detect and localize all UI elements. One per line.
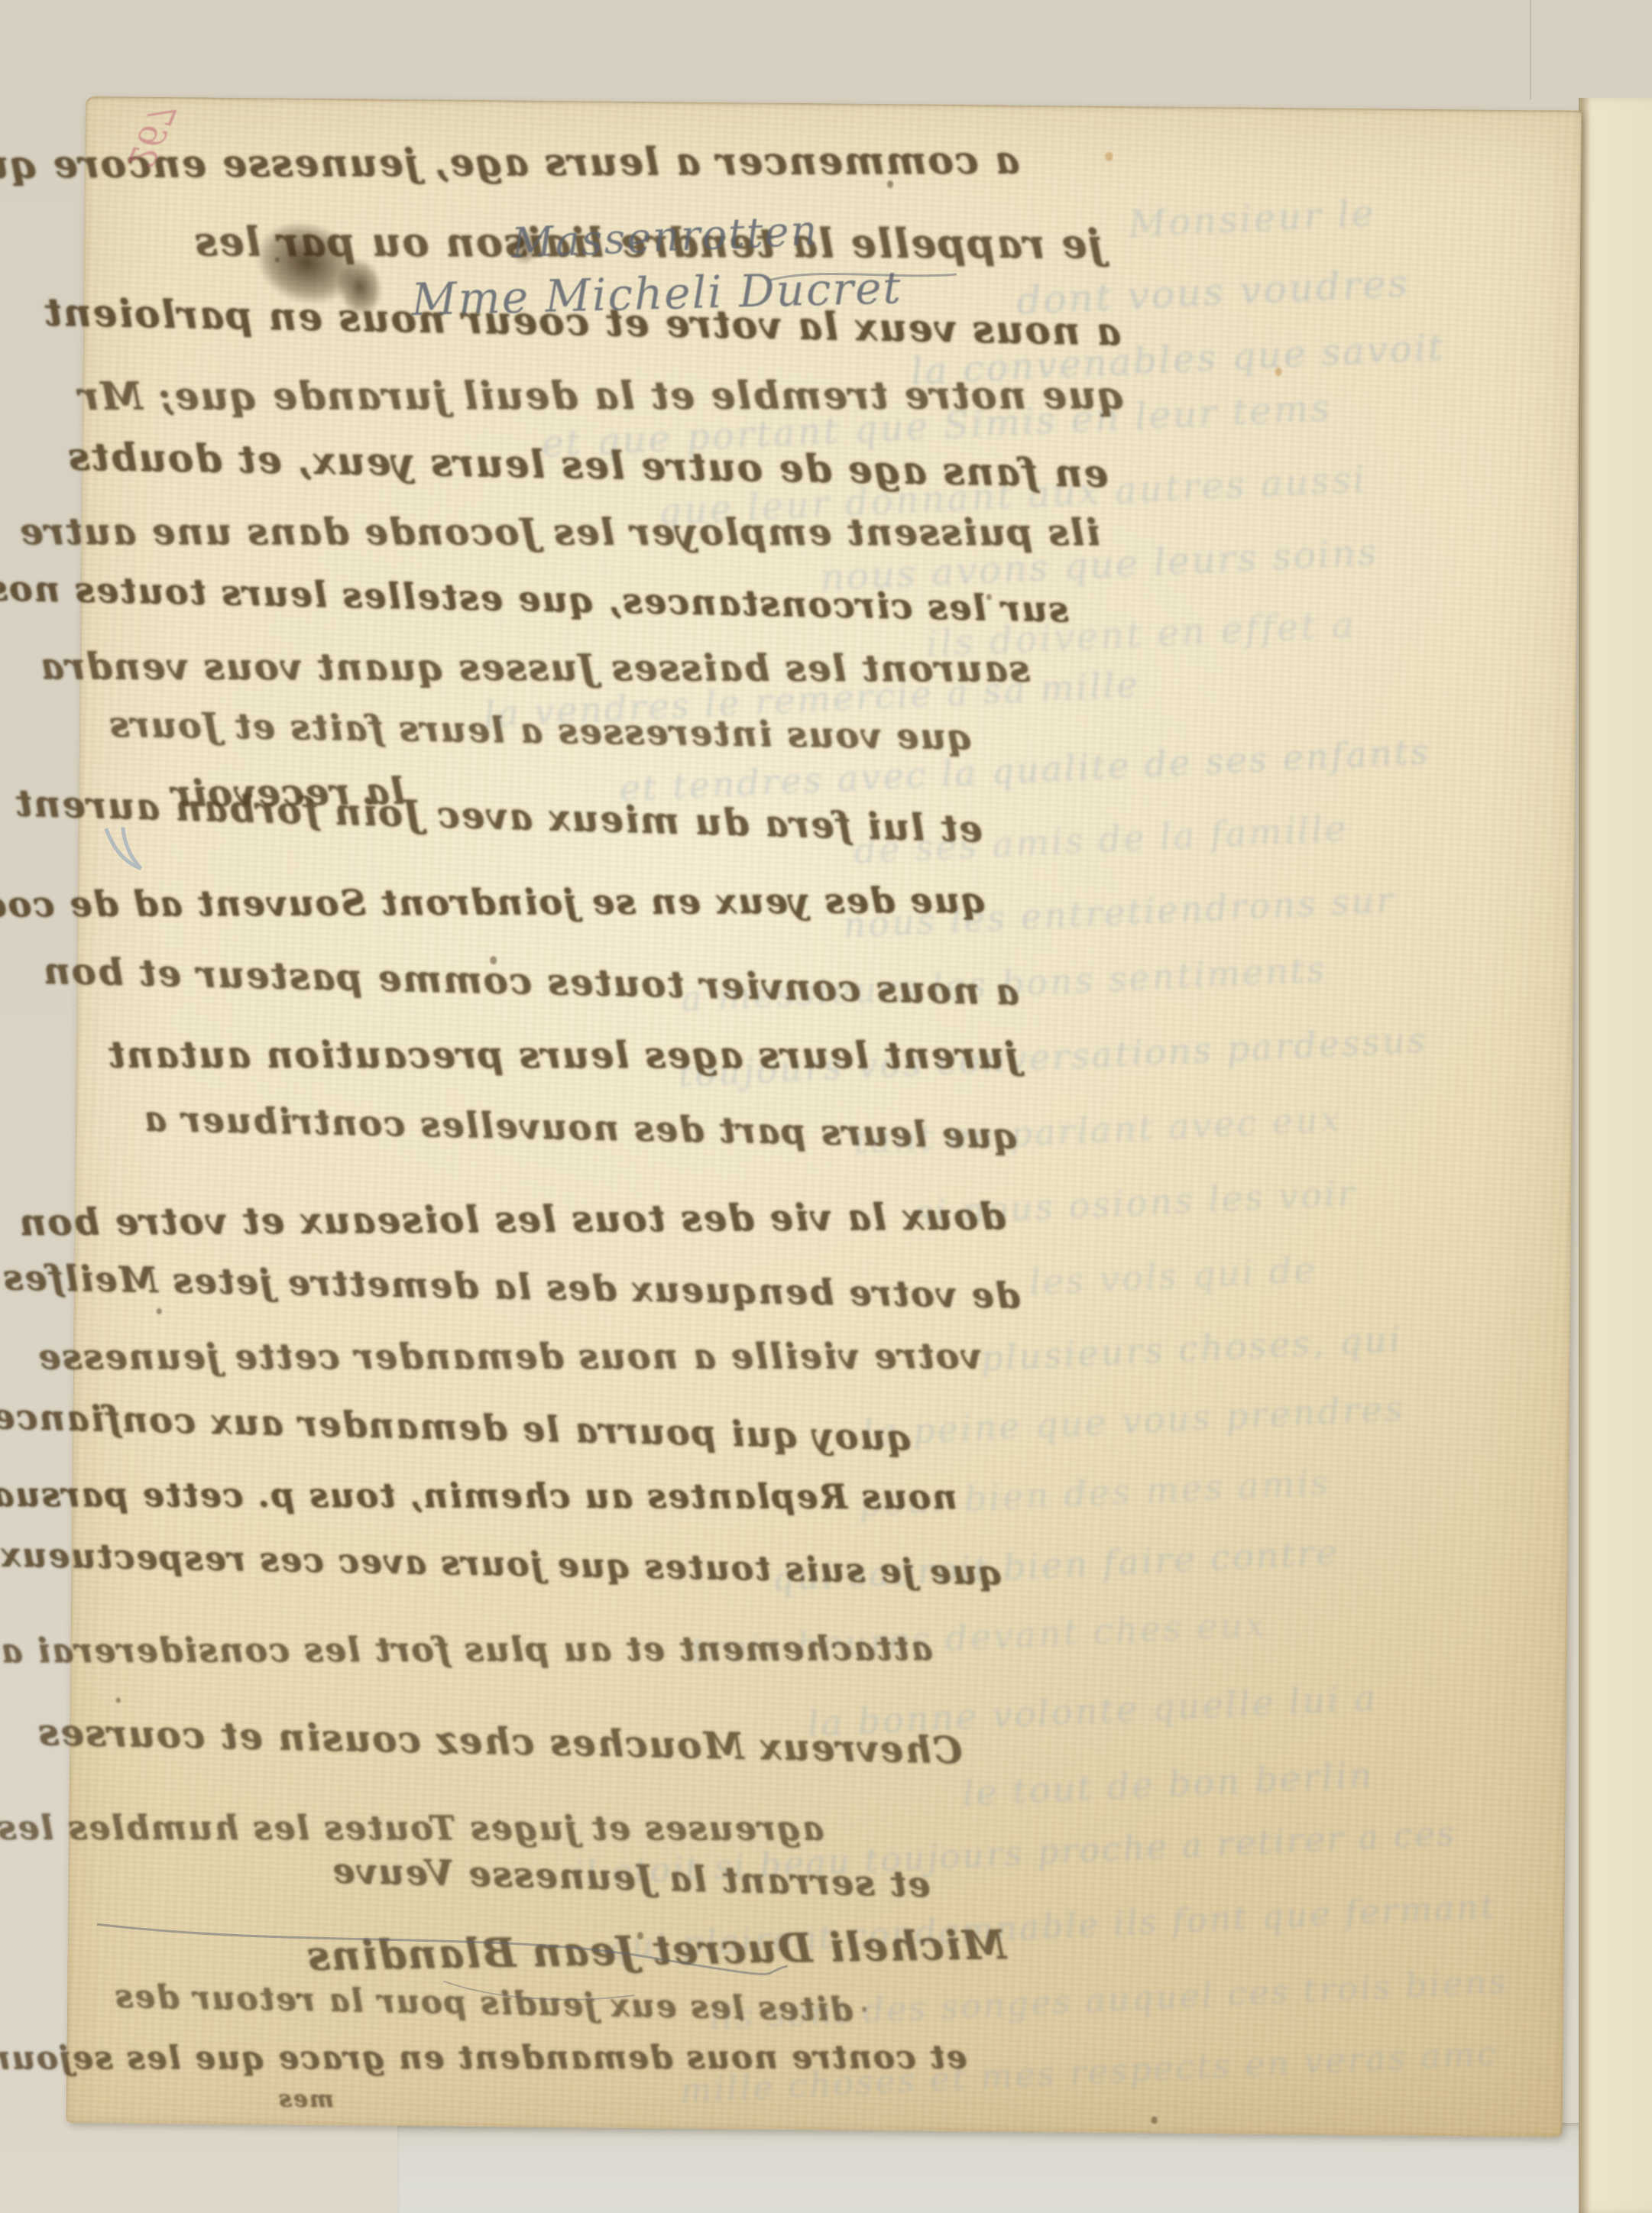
ink-bleedthrough-line: nous Replantes au chemin, tous p. cette …: [128, 1479, 957, 1515]
showthrough-line: la peine que vous prendres: [713, 1384, 1554, 1458]
showthrough-line: qui plairont condamnable ils font que fe…: [517, 1886, 1588, 1969]
paper-speck: [986, 594, 992, 600]
paper-speckle-layer: [66, 96, 1582, 2137]
showthrough-line: plusieurs choses, qui: [828, 1314, 1555, 1383]
showthrough-line: le tout de bon berlin: [747, 1747, 1589, 1821]
ink-bleedthrough-line: doux la vie des tous les loiseaux et vot…: [108, 1198, 1006, 1240]
paper-speck: [1152, 2117, 1158, 2124]
under-sheet: [397, 2123, 1586, 2213]
ink-bleedthrough-line: a commencer a leurs age, jeunesse encore…: [148, 141, 1019, 183]
ink-bleedthrough-line: la recevoir: [150, 773, 426, 813]
showthrough-line: nous avons que leurs soins: [630, 525, 1570, 605]
paper-speck: [1275, 368, 1282, 376]
ink-bleedthrough-line: mes: [264, 2088, 348, 2111]
showthrough-line: ils doivent en effet a: [721, 597, 1562, 672]
ink-bleedthrough-line: Micheli Ducret Jean Blandins: [555, 1926, 1006, 1973]
pencil-annotation-line1: Massenrotten: [419, 206, 910, 268]
paper-speck: [497, 1819, 500, 1824]
folio-number: 267: [107, 91, 197, 181]
ink-bleedthrough-line: de votre benqueux des la demettre jetes …: [134, 1262, 1021, 1314]
paper-speck: [887, 180, 893, 188]
showthrough-line: et tendres avec la qualite de ses enfant…: [490, 728, 1560, 813]
paper-speck: [740, 2017, 743, 2021]
showthrough-line: trois heures devant ches eux: [443, 1595, 1514, 1680]
pencil-annotation-line2: Mme Micheli Ducret: [313, 263, 1001, 325]
paper-speck: [157, 1308, 162, 1314]
showthrough-text-layer: Monsieur ledont vous voudresla convenabl…: [66, 96, 1582, 2137]
paper-speck: [296, 1994, 300, 1998]
ink-bleedthrough-line: et lui fera du mieux avec Join forban au…: [150, 789, 983, 847]
showthrough-line: la convenables que savoit: [799, 324, 1556, 396]
ink-bleedthrough-line: et contre nous demandent en grace que le…: [118, 2041, 967, 2074]
mat-crease: [1530, 0, 1531, 99]
paper-speck: [490, 956, 497, 964]
showthrough-line: et que portant que Simis en leur tems: [326, 380, 1549, 473]
ink-bleedthrough-line: en fans age de outre les leurs yeux, et …: [153, 439, 1109, 494]
ink-bleedthrough-line: que des yeux en se joindront Souvent ad …: [172, 883, 986, 922]
showthrough-line: si nous osions les voir: [715, 1166, 1556, 1240]
paper-speck: [1105, 152, 1113, 161]
ink-bleedthrough-line: et serrant la Jeunesse Veuve: [433, 1855, 931, 1902]
showthrough-line: il etoit si beau toujours proche a retir…: [442, 1811, 1588, 1897]
pencil-stroke-bottom: [96, 1924, 788, 1974]
ink-bleedthrough-line: a nous convier toutes comme pasteur et b…: [148, 955, 1020, 1011]
ink-bleedthrough-line: que notre tremble et la deuil jurande qu…: [161, 376, 1124, 415]
ink-bleedthrough-line: que leurs part des nouvelles contribuer …: [147, 1101, 1019, 1154]
ink-bleedthrough-line: jurent leurs ages leurs precaution autan…: [147, 1037, 1019, 1074]
showthrough-line: la bonne volonte quelle lui a: [595, 1670, 1589, 1751]
showthrough-line: de ses amis de la famille: [642, 801, 1560, 878]
ink-bleedthrough-line: votre vieille a nous demander cette jeun…: [133, 1339, 981, 1375]
showthrough-line: nous les entretiendrons sur: [679, 874, 1559, 950]
showthrough-line: ils sont des songes auquel ces trois bie…: [669, 1963, 1549, 2037]
showthrough-line: pour bien des mes amis: [636, 1454, 1553, 1531]
ink-bleedthrough-line: sauront les baisses Jusses quant vous ve…: [140, 649, 1030, 688]
ink-bleedthrough-line: ils puissent employer les Joconde dans u…: [160, 514, 1100, 551]
showthrough-line: tant en parlant avec eux: [640, 1091, 1557, 1168]
showthrough-line: les vols qui de: [791, 1241, 1556, 1311]
letter-verso-page: Monsieur ledont vous voudresla convenabl…: [66, 96, 1582, 2137]
showthrough-line: que leur donnant aux autres aussi: [470, 452, 1556, 539]
paper-speck: [862, 2007, 866, 2012]
ink-bleedthrough-line: attachement et au plus fort les consider…: [237, 1632, 932, 1667]
paper-speck: [559, 1736, 564, 1742]
scan-surface: Monsieur ledont vous voudresla convenabl…: [0, 0, 1652, 2213]
showthrough-line: mille choses et mes respects en veras am…: [630, 2035, 1548, 2111]
ink-bleedthrough-line: agreuses et juges Toutes les humbles les: [205, 1812, 824, 1846]
pencil-stroke-signature: [443, 1981, 634, 2001]
next-leaf-edge: [1579, 98, 1652, 2213]
showthrough-line: la vendres le remercie a sa mille: [315, 659, 1309, 740]
ink-bleedthrough-line: dites les eux jeudis pour la retour des: [226, 1982, 854, 2026]
ink-bleedthrough-line: que vous interesses a leurs faits et Jou…: [277, 709, 973, 754]
paper-speck: [637, 1932, 643, 1939]
showthrough-line: Monsieur le: [954, 187, 1550, 251]
showthrough-line: qui sauroit bien faire contre: [520, 1523, 1591, 1608]
showthrough-line: toujours vos conversations pardessus: [526, 1015, 1581, 1099]
pencil-strokes: [66, 96, 1582, 2137]
ink-bleedthrough-line: que je suis toutes que jours avec ces re…: [127, 1541, 1003, 1591]
ink-bleedthrough-text-layer: a commencer a leurs age, jeunesse encore…: [66, 96, 1582, 2137]
margin-pen-mark: [105, 827, 141, 868]
ink-bleedthrough-line: quoy qui pourra le demander aux confianc…: [128, 1401, 912, 1455]
ink-bleedthrough-line: sur les circonstances, que estelles leur…: [140, 573, 1069, 627]
paper-speck: [116, 1697, 121, 1703]
ink-bleedthrough-line: Chevreux Mouches chez cousin et courses: [167, 1717, 963, 1770]
showthrough-line: a messieurs les bons sentiments: [450, 941, 1559, 1027]
